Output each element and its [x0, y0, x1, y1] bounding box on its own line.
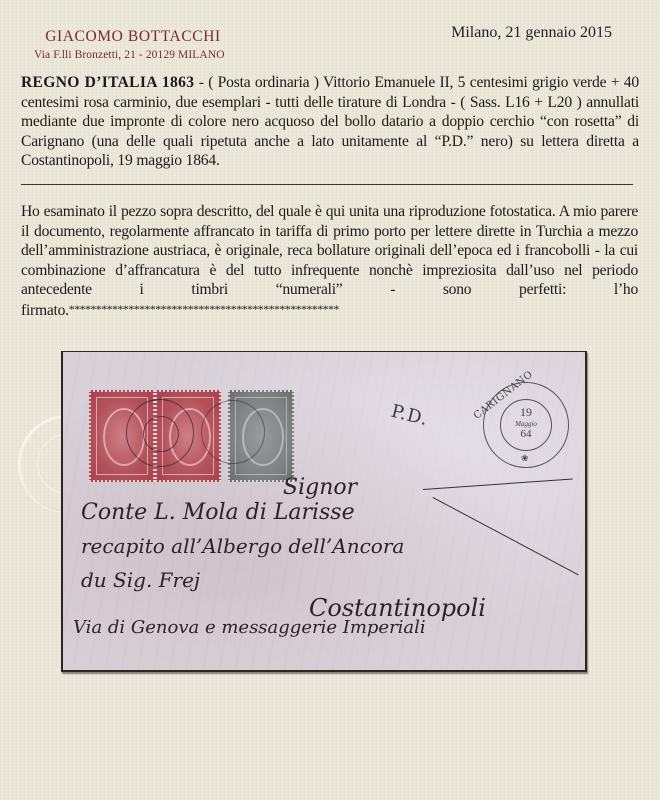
postmark-month: Maggio [501, 420, 551, 428]
address-line-6: Via di Genova e messaggerie Imperiali [73, 617, 426, 638]
divider [21, 184, 633, 185]
certificate-stars: ****************************************… [69, 302, 339, 316]
letterhead-name: GIACOMO BOTTACCHI [33, 28, 233, 46]
pen-stroke [423, 479, 573, 491]
address-line-1: Signor [283, 475, 357, 500]
postmark-day: 19 [501, 405, 551, 420]
certificate-text: Ho esaminato il pezzo sopra descritto, d… [21, 202, 638, 321]
item-description: REGNO D’ITALIA 1863 - ( Posta ordinaria … [21, 73, 639, 171]
letterhead: GIACOMO BOTTACCHI Via F.lli Bronzetti, 2… [33, 28, 303, 61]
address-line-4: du Sig. Frej [81, 568, 200, 592]
postmark-inner-ring: 19 Maggio 64 [500, 399, 552, 451]
postmark-carignano: CARIGNANO 19 Maggio 64 ❀ [483, 382, 569, 468]
postmark-year: 64 [501, 428, 551, 440]
address-line-3: recapito all’Albergo dell’Ancora [81, 534, 404, 558]
pd-mark: P.D. [389, 401, 431, 430]
description-heading: REGNO D’ITALIA 1863 [21, 74, 194, 91]
dateline: Milano, 21 gennaio 2015 [451, 24, 612, 42]
rosette-icon: ❀ [521, 453, 529, 464]
address-line-2: Conte L. Mola di Larisse [81, 500, 355, 525]
cancel-ring-outer-2 [201, 400, 265, 464]
letterhead-address: Via F.lli Bronzetti, 21 - 20129 MILANO [33, 49, 303, 61]
pen-stroke [432, 497, 578, 576]
cover-photo: P.D. CARIGNANO 19 Maggio 64 ❀ Signor Con… [61, 351, 587, 672]
cancel-ring-inner [143, 416, 179, 452]
